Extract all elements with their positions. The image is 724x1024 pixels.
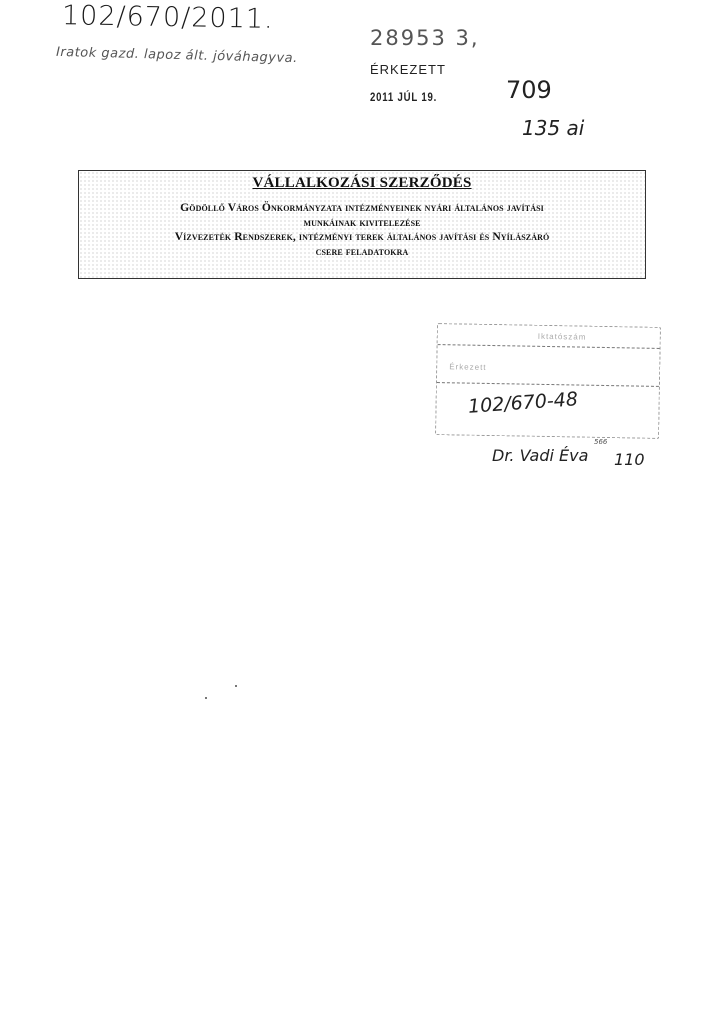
- scan-speck: [205, 697, 207, 699]
- received-stamp-label: ÉRKEZETT: [370, 62, 446, 77]
- contract-subtitle-line-4: csere feladatokra: [79, 245, 645, 260]
- handwritten-note: Iratok gazd. lapoz ált. jóváhagyva.: [56, 45, 298, 66]
- contract-subtitle-line-2: munkáinak kivitelezése: [79, 216, 645, 231]
- registry-stamp-mid-text: Érkezett: [449, 362, 486, 372]
- handwritten-number-709: 709: [506, 76, 552, 104]
- stamp-divider: [437, 382, 659, 387]
- handwritten-registration-number: 28953 3,: [370, 26, 480, 50]
- scan-speck: [235, 685, 237, 687]
- contract-main-title: VÁLLALKOZÁSI SZERZŐDÉS: [79, 174, 645, 192]
- received-stamp-date: 2011 JÚL 19.: [370, 90, 437, 104]
- handwritten-page-count: 110: [614, 450, 645, 469]
- handwritten-number-135: 135 ai: [522, 116, 584, 140]
- handwritten-signature: Dr. Vadi Éva: [492, 446, 588, 465]
- contract-subtitle-line-3: Vízvezeték Rendszerek, intézményi terek …: [79, 230, 645, 245]
- contract-subtitle-line-1: Gödöllő Város Önkormányzata intézményein…: [79, 201, 645, 216]
- handwritten-small-note: 566: [594, 438, 607, 446]
- handwritten-reference-number: 102/670/2011.: [62, 0, 274, 35]
- stamp-divider: [438, 344, 660, 349]
- registry-stamp: Iktatószám Érkezett: [435, 323, 661, 439]
- registry-stamp-top-text: Iktatószám: [538, 332, 587, 342]
- contract-title-box: VÁLLALKOZÁSI SZERZŐDÉS Gödöllő Város Önk…: [78, 170, 646, 279]
